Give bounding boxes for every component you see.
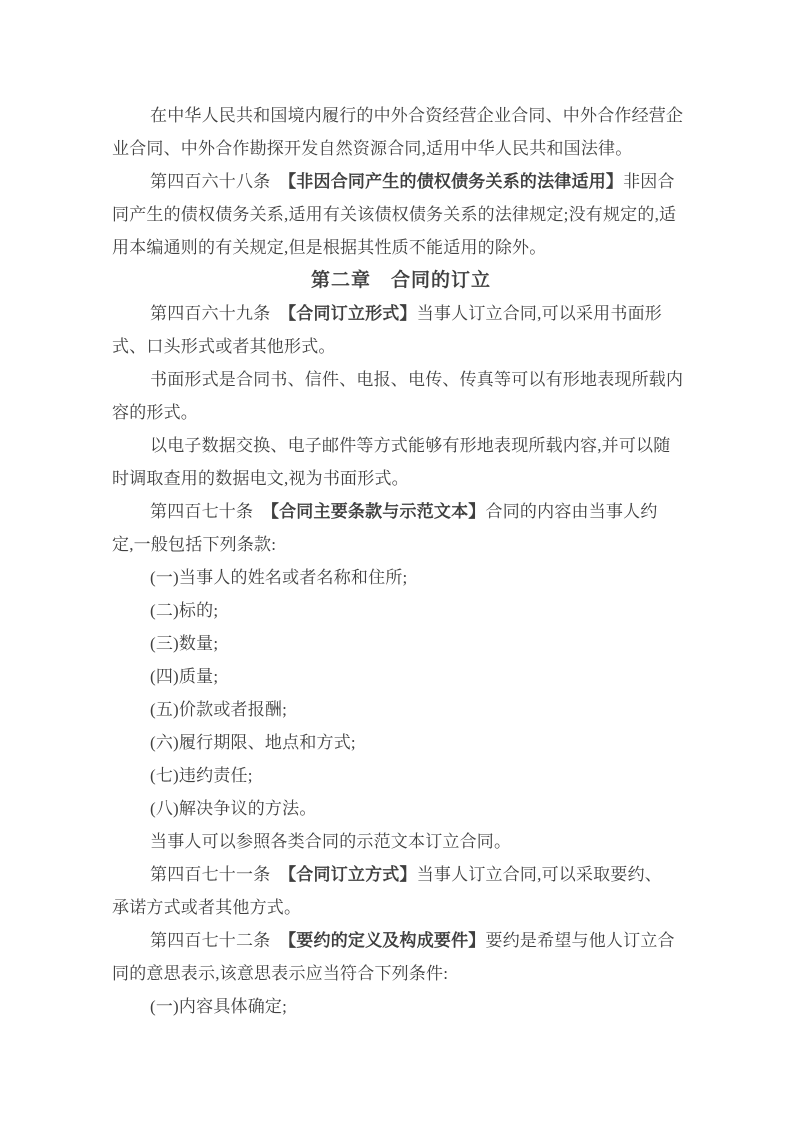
document-line: (一)内容具体确定; bbox=[112, 990, 690, 1023]
document-line: 以电子数据交换、电子邮件等方式能够有形地表现所载内容,并可以随 bbox=[112, 429, 690, 462]
document-line: 同的意思表示,该意思表示应当符合下列条件: bbox=[112, 957, 690, 990]
chapter-heading: 第二章 合同的订立 bbox=[112, 264, 690, 297]
text-run: 第四百六十八条 bbox=[150, 172, 288, 191]
chapter-title-text: 第二章 合同的订立 bbox=[311, 270, 491, 291]
document-line: 在中华人民共和国境内履行的中外合资经营企业合同、中外合作经营企 bbox=[112, 99, 690, 132]
text-run: (七)违约责任; bbox=[150, 766, 253, 785]
document-line: 同产生的债权债务关系,适用有关该债权债务关系的法律规定;没有规定的,适 bbox=[112, 198, 690, 231]
text-run: 时调取查用的数据电文,视为书面形式。 bbox=[112, 469, 409, 488]
document-line: (八)解决争议的方法。 bbox=[112, 792, 690, 825]
text-run: (六)履行期限、地点和方式; bbox=[150, 733, 356, 752]
article-title: 【非因合同产生的债权债务关系的法律适用】 bbox=[288, 172, 624, 191]
document-line: 容的形式。 bbox=[112, 396, 690, 429]
document-line: (六)履行期限、地点和方式; bbox=[112, 726, 690, 759]
text-run: 承诺方式或者其他方式。 bbox=[112, 898, 301, 917]
document-line: 当事人可以参照各类合同的示范文本订立合同。 bbox=[112, 825, 690, 858]
document-line: (二)标的; bbox=[112, 594, 690, 627]
text-run: 书面形式是合同书、信件、电报、电传、传真等可以有形地表现所载内 bbox=[150, 370, 683, 389]
document-line: 时调取查用的数据电文,视为书面形式。 bbox=[112, 462, 690, 495]
document-line: 业合同、中外合作勘探开发自然资源合同,适用中华人民共和国法律。 bbox=[112, 132, 690, 165]
article-title: 【合同订立形式】 bbox=[288, 304, 417, 323]
document-line: (七)违约责任; bbox=[112, 759, 690, 792]
text-run: 当事人可以参照各类合同的示范文本订立合同。 bbox=[150, 832, 511, 851]
text-run: (一)当事人的姓名或者名称和住所; bbox=[150, 568, 407, 587]
text-run: 在中华人民共和国境内履行的中外合资经营企业合同、中外合作经营企 bbox=[150, 106, 683, 125]
document-line: 书面形式是合同书、信件、电报、电传、传真等可以有形地表现所载内 bbox=[112, 363, 690, 396]
text-run: (四)质量; bbox=[150, 667, 218, 686]
text-run: 当事人订立合同,可以采取要约、 bbox=[417, 865, 662, 884]
article-title: 【要约的定义及构成要件】 bbox=[288, 931, 486, 950]
document-line: 第四百七十一条 【合同订立方式】当事人订立合同,可以采取要约、 bbox=[112, 858, 690, 891]
document-line: (三)数量; bbox=[112, 627, 690, 660]
article-title: 【合同主要条款与示范文本】 bbox=[270, 502, 485, 521]
text-run: 合同的内容由当事人约 bbox=[486, 502, 658, 521]
text-run: 用本编通则的有关规定,但是根据其性质不能适用的除外。 bbox=[112, 238, 546, 257]
text-run: 业合同、中外合作勘探开发自然资源合同,适用中华人民共和国法律。 bbox=[112, 139, 632, 158]
text-run: 要约是希望与他人订立合 bbox=[486, 931, 675, 950]
document-content: 在中华人民共和国境内履行的中外合资经营企业合同、中外合作经营企业合同、中外合作勘… bbox=[112, 99, 690, 1023]
text-run: 以电子数据交换、电子邮件等方式能够有形地表现所载内容,并可以随 bbox=[150, 436, 670, 455]
document-line: 承诺方式或者其他方式。 bbox=[112, 891, 690, 924]
document-line: (五)价款或者报酬; bbox=[112, 693, 690, 726]
text-run: (一)内容具体确定; bbox=[150, 997, 287, 1016]
text-run: 定,一般包括下列条款: bbox=[112, 535, 276, 554]
document-line: 第四百七十二条 【要约的定义及构成要件】要约是希望与他人订立合 bbox=[112, 924, 690, 957]
document-page: 在中华人民共和国境内履行的中外合资经营企业合同、中外合作经营企业合同、中外合作勘… bbox=[0, 0, 793, 1122]
document-line: 第四百六十八条 【非因合同产生的债权债务关系的法律适用】非因合 bbox=[112, 165, 690, 198]
text-run: 第四百七十条 bbox=[150, 502, 270, 521]
text-run: 第四百七十二条 bbox=[150, 931, 288, 950]
text-run: (八)解决争议的方法。 bbox=[150, 799, 317, 818]
document-line: (四)质量; bbox=[112, 660, 690, 693]
text-run: 同产生的债权债务关系,适用有关该债权债务关系的法律规定;没有规定的,适 bbox=[112, 205, 676, 224]
document-line: 第四百七十条 【合同主要条款与示范文本】合同的内容由当事人约 bbox=[112, 495, 690, 528]
text-run: 第四百六十九条 bbox=[150, 304, 288, 323]
text-run: 式、口头形式或者其他形式。 bbox=[112, 337, 336, 356]
text-run: (二)标的; bbox=[150, 601, 218, 620]
text-run: 容的形式。 bbox=[112, 403, 198, 422]
document-line: 式、口头形式或者其他形式。 bbox=[112, 330, 690, 363]
document-line: (一)当事人的姓名或者名称和住所; bbox=[112, 561, 690, 594]
text-run: 第四百七十一条 bbox=[150, 865, 288, 884]
article-title: 【合同订立方式】 bbox=[288, 865, 417, 884]
text-run: (五)价款或者报酬; bbox=[150, 700, 287, 719]
document-line: 定,一般包括下列条款: bbox=[112, 528, 690, 561]
text-run: 同的意思表示,该意思表示应当符合下列条件: bbox=[112, 964, 448, 983]
text-run: (三)数量; bbox=[150, 634, 218, 653]
text-run: 当事人订立合同,可以采用书面形 bbox=[417, 304, 662, 323]
document-line: 用本编通则的有关规定,但是根据其性质不能适用的除外。 bbox=[112, 231, 690, 264]
document-line: 第四百六十九条 【合同订立形式】当事人订立合同,可以采用书面形 bbox=[112, 297, 690, 330]
text-run: 非因合 bbox=[623, 172, 675, 191]
